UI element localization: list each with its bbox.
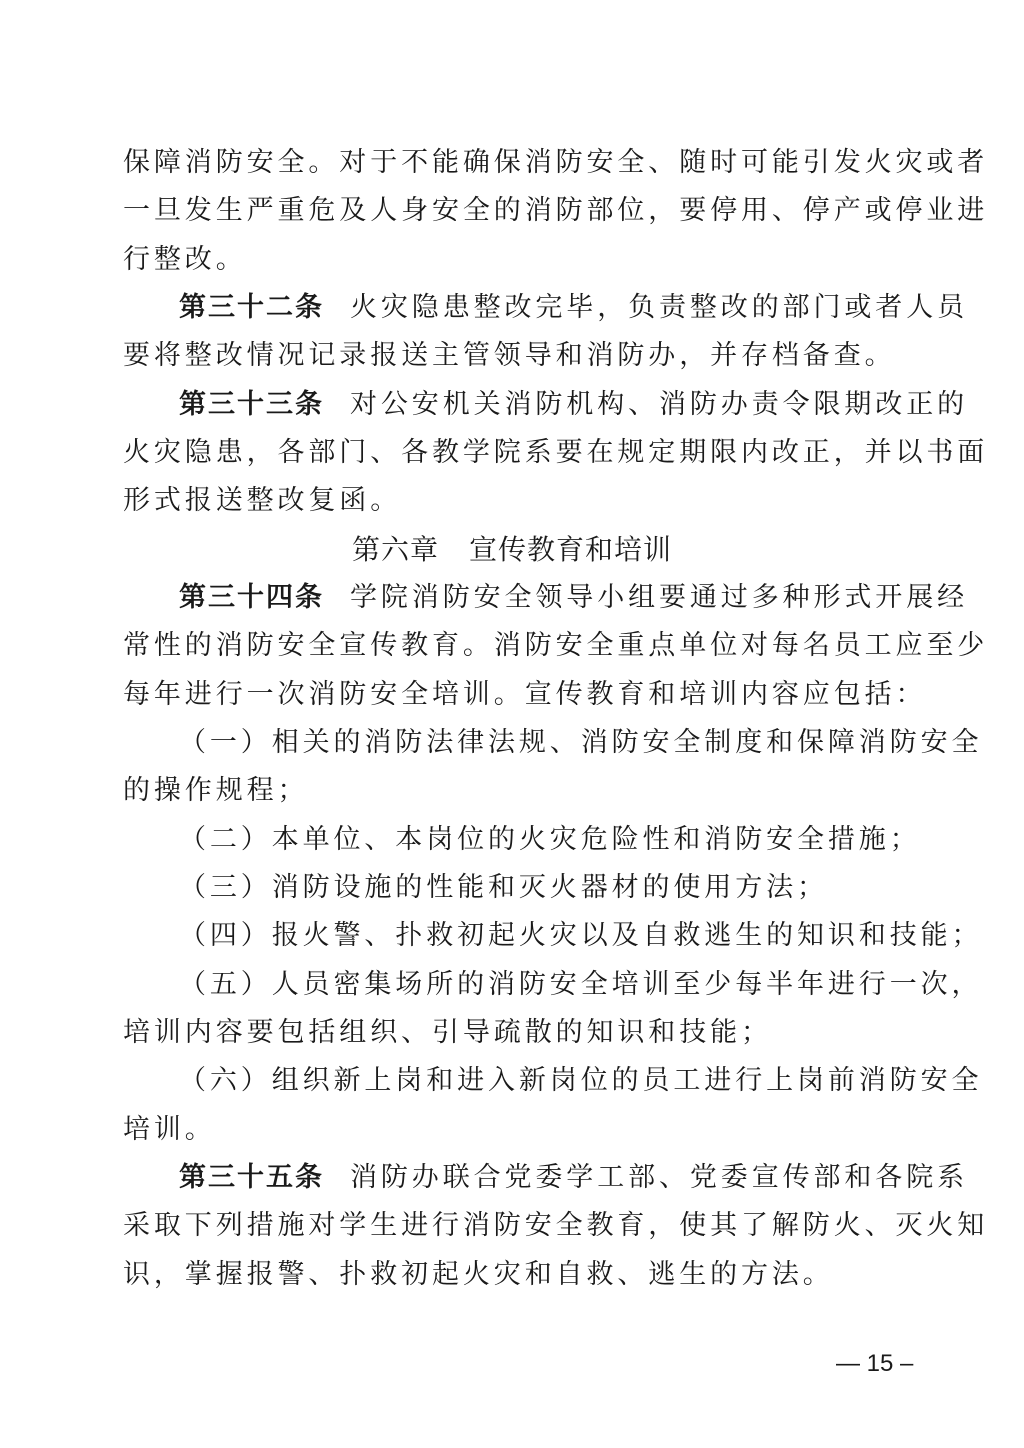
article-32-line: 第三十二条火灾隐患整改完毕，负责整改的部门或者人员 (123, 288, 901, 328)
article-label: 第三十四条 (179, 582, 324, 613)
list-item: （五）人员密集场所的消防安全培训至少每半年进行一次， (123, 965, 901, 1005)
paragraph-line: 要将整改情况记录报送主管领导和消防办，并存档备查。 (123, 336, 901, 376)
list-item: （一）相关的消防法律法规、消防安全制度和保障消防安全 (123, 723, 901, 763)
paragraph-line: 形式报送整改复函。 (123, 481, 901, 521)
paragraph-line: 行整改。 (123, 240, 901, 280)
article-label: 第三十五条 (179, 1162, 324, 1193)
paragraph-line: 一旦发生严重危及人身安全的消防部位，要停用、停产或停业进 (123, 191, 901, 231)
chapter-number: 第六章 (352, 533, 439, 566)
article-text: 火灾隐患整改完毕，负责整改的部门或者人员 (350, 292, 968, 323)
paragraph-line: 每年进行一次消防安全培训。宣传教育和培训内容应包括： (123, 675, 901, 715)
list-item: （四）报火警、扑救初起火灾以及自救逃生的知识和技能； (123, 916, 901, 956)
list-item-continued: 的操作规程； (123, 771, 901, 811)
paragraph-line: 识，掌握报警、扑救初起火灾和自救、逃生的方法。 (123, 1255, 901, 1295)
list-item: （二）本单位、本岗位的火灾危险性和消防安全措施； (123, 820, 901, 860)
paragraph-line: 常性的消防安全宣传教育。消防安全重点单位对每名员工应至少 (123, 626, 901, 666)
list-item: （三）消防设施的性能和灭火器材的使用方法； (123, 868, 901, 908)
article-35-line: 第三十五条消防办联合党委学工部、党委宣传部和各院系 (123, 1158, 901, 1198)
article-label: 第三十三条 (179, 389, 324, 420)
page-number: — 15 – (836, 1350, 913, 1378)
paragraph-line: 火灾隐患，各部门、各教学院系要在规定期限内改正，并以书面 (123, 433, 901, 473)
list-item-continued: 培训。 (123, 1110, 901, 1150)
paragraph-line: 采取下列措施对学生进行消防安全教育，使其了解防火、灭火知 (123, 1206, 901, 1246)
list-item-continued: 培训内容要包括组织、引导疏散的知识和技能； (123, 1013, 901, 1053)
paragraph-line: 保障消防安全。对于不能确保消防安全、随时可能引发火灾或者 (123, 143, 901, 183)
article-33-line: 第三十三条对公安机关消防机构、消防办责令限期改正的 (123, 385, 901, 425)
article-34-line: 第三十四条学院消防安全领导小组要通过多种形式开展经 (123, 578, 901, 618)
article-label: 第三十二条 (179, 292, 324, 323)
chapter-title: 宣传教育和培训 (469, 533, 672, 566)
article-text: 学院消防安全领导小组要通过多种形式开展经 (350, 582, 968, 613)
list-item: （六）组织新上岗和进入新岗位的员工进行上岗前消防安全 (123, 1061, 901, 1101)
article-text: 消防办联合党委学工部、党委宣传部和各院系 (350, 1162, 968, 1193)
article-text: 对公安机关消防机构、消防办责令限期改正的 (350, 389, 968, 420)
chapter-heading: 第六章宣传教育和培训 (123, 530, 901, 570)
